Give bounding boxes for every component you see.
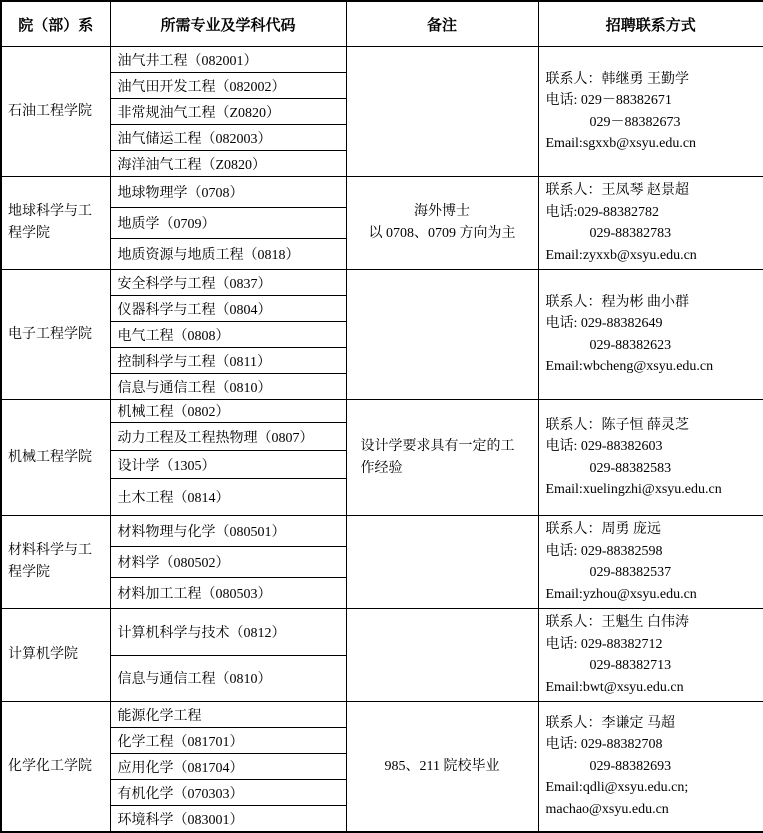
major-cell: 信息与通信工程（0810）: [110, 374, 346, 400]
column-header-dept: 院（部）系: [1, 1, 110, 47]
table-row: 材料科学与工程学院 材料物理与化学（080501） 联系人：周勇 庞远 电话: …: [1, 516, 763, 547]
table-row: 计算机学院 计算机科学与技术（0812） 联系人：王魁生 白伟涛 电话: 029…: [1, 609, 763, 656]
major-cell: 油气储运工程（082003）: [110, 125, 346, 151]
contact-phone-2: 029-88382583: [546, 458, 760, 480]
dept-cell: 电子工程学院: [1, 270, 110, 400]
major-cell: 仪器科学与工程（0804）: [110, 296, 346, 322]
remark-line: 设计学要求具有一定的工作经验: [353, 436, 532, 480]
major-cell: 机械工程（0802）: [110, 400, 346, 423]
contact-cell: 联系人：王凤琴 赵景超 电话:029-88382782 029-88382783…: [538, 177, 763, 270]
major-cell: 土木工程（0814）: [110, 479, 346, 516]
contact-person: 联系人：周勇 庞远: [546, 519, 760, 541]
contact-email: Email:yzhou@xsyu.edu.cn: [546, 584, 760, 606]
remark-cell: [346, 516, 538, 609]
table-row: 电子工程学院 安全科学与工程（0837） 联系人：程为彬 曲小群 电话: 029…: [1, 270, 763, 296]
major-cell: 控制科学与工程（0811）: [110, 348, 346, 374]
dept-cell: 机械工程学院: [1, 400, 110, 516]
major-cell: 油气井工程（082001）: [110, 47, 346, 73]
remark-line: 海外博士: [353, 201, 532, 223]
remark-cell: 海外博士 以 0708、0709 方向为主: [346, 177, 538, 270]
major-cell: 信息与通信工程（0810）: [110, 655, 346, 702]
major-cell: 化学工程（081701）: [110, 728, 346, 754]
contact-phone-2: 029-88382537: [546, 562, 760, 584]
contact-cell: 联系人：王魁生 白伟涛 电话: 029-88382712 029-8838271…: [538, 609, 763, 702]
contact-email: Email:xuelingzhi@xsyu.edu.cn: [546, 479, 760, 501]
contact-phone-1: 电话:029-88382782: [546, 202, 760, 224]
remark-cell: 985、211 院校毕业: [346, 702, 538, 833]
major-cell: 电气工程（0808）: [110, 322, 346, 348]
contact-email: Email:zyxxb@xsyu.edu.cn: [546, 245, 760, 267]
contact-cell: 联系人：周勇 庞远 电话: 029-88382598 029-88382537 …: [538, 516, 763, 609]
column-header-majors: 所需专业及学科代码: [110, 1, 346, 47]
contact-phone-1: 电话: 029-88382712: [546, 634, 760, 656]
contact-person: 联系人：王魁生 白伟涛: [546, 612, 760, 634]
table-row: 化学化工学院 能源化学工程 985、211 院校毕业 联系人：李谦定 马超 电话…: [1, 702, 763, 728]
contact-person: 联系人：韩继勇 王勤学: [546, 69, 760, 91]
contact-cell: 联系人：李谦定 马超 电话: 029-88382708 029-88382693…: [538, 702, 763, 833]
remark-line: 985、211 院校毕业: [353, 756, 532, 778]
contact-phone-2: 029-88382623: [546, 335, 760, 357]
recruitment-table: 院（部）系 所需专业及学科代码 备注 招聘联系方式 石油工程学院 油气井工程（0…: [0, 0, 763, 833]
major-cell: 地质资源与地质工程（0818）: [110, 239, 346, 270]
dept-cell: 石油工程学院: [1, 47, 110, 177]
contact-phone-2: 029-88382693: [546, 756, 760, 778]
contact-phone-1: 电话: 029－88382671: [546, 90, 760, 112]
major-cell: 非常规油气工程（Z0820）: [110, 99, 346, 125]
remark-line: 以 0708、0709 方向为主: [353, 223, 532, 245]
major-cell: 设计学（1305）: [110, 451, 346, 479]
major-cell: 计算机科学与技术（0812）: [110, 609, 346, 656]
contact-phone-1: 电话: 029-88382603: [546, 436, 760, 458]
major-cell: 有机化学（070303）: [110, 780, 346, 806]
dept-cell: 化学化工学院: [1, 702, 110, 833]
table-row: 地球科学与工程学院 地球物理学（0708） 海外博士 以 0708、0709 方…: [1, 177, 763, 208]
major-cell: 地球物理学（0708）: [110, 177, 346, 208]
contact-phone-1: 电话: 029-88382598: [546, 541, 760, 563]
contact-cell: 联系人：程为彬 曲小群 电话: 029-88382649 029-8838262…: [538, 270, 763, 400]
contact-person: 联系人：李谦定 马超: [546, 713, 760, 735]
major-cell: 材料物理与化学（080501）: [110, 516, 346, 547]
contact-email: Email:wbcheng@xsyu.edu.cn: [546, 356, 760, 378]
column-header-remark: 备注: [346, 1, 538, 47]
major-cell: 环境科学（083001）: [110, 806, 346, 833]
contact-phone-1: 电话: 029-88382649: [546, 313, 760, 335]
contact-person: 联系人：程为彬 曲小群: [546, 292, 760, 314]
major-cell: 海洋油气工程（Z0820）: [110, 151, 346, 177]
dept-cell: 计算机学院: [1, 609, 110, 702]
major-cell: 地质学（0709）: [110, 208, 346, 239]
contact-cell: 联系人：陈子恒 薛灵芝 电话: 029-88382603 029-8838258…: [538, 400, 763, 516]
dept-cell: 材料科学与工程学院: [1, 516, 110, 609]
major-cell: 安全科学与工程（0837）: [110, 270, 346, 296]
header-row: 院（部）系 所需专业及学科代码 备注 招聘联系方式: [1, 1, 763, 47]
table-row: 机械工程学院 机械工程（0802） 设计学要求具有一定的工作经验 联系人：陈子恒…: [1, 400, 763, 423]
contact-phone-2: 029－88382673: [546, 112, 760, 134]
remark-cell: [346, 47, 538, 177]
contact-person: 联系人：陈子恒 薛灵芝: [546, 415, 760, 437]
remark-cell: [346, 609, 538, 702]
contact-cell: 联系人：韩继勇 王勤学 电话: 029－88382671 029－8838267…: [538, 47, 763, 177]
major-cell: 材料学（080502）: [110, 547, 346, 578]
major-cell: 材料加工工程（080503）: [110, 578, 346, 609]
contact-phone-2: 029-88382783: [546, 223, 760, 245]
remark-cell: 设计学要求具有一定的工作经验: [346, 400, 538, 516]
contact-email: Email:bwt@xsyu.edu.cn: [546, 677, 760, 699]
major-cell: 应用化学（081704）: [110, 754, 346, 780]
remark-cell: [346, 270, 538, 400]
contact-person: 联系人：王凤琴 赵景超: [546, 180, 760, 202]
contact-phone-2: 029-88382713: [546, 655, 760, 677]
major-cell: 能源化学工程: [110, 702, 346, 728]
major-cell: 油气田开发工程（082002）: [110, 73, 346, 99]
contact-email: Email:sgxxb@xsyu.edu.cn: [546, 133, 760, 155]
contact-phone-1: 电话: 029-88382708: [546, 734, 760, 756]
contact-email: Email:qdli@xsyu.edu.cn;: [546, 777, 760, 799]
column-header-contact: 招聘联系方式: [538, 1, 763, 47]
major-cell: 动力工程及工程热物理（0807）: [110, 423, 346, 451]
dept-cell: 地球科学与工程学院: [1, 177, 110, 270]
table-row: 石油工程学院 油气井工程（082001） 联系人：韩继勇 王勤学 电话: 029…: [1, 47, 763, 73]
contact-email-2: machao@xsyu.edu.cn: [546, 799, 760, 821]
